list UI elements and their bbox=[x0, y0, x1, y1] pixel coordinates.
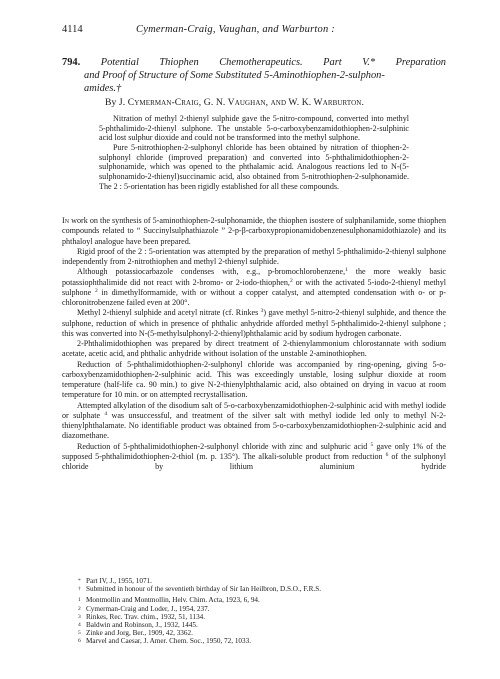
footnote-mark: † bbox=[78, 585, 86, 593]
footnote-mark: 5 bbox=[78, 629, 86, 637]
title-line-3: amides.† bbox=[62, 82, 446, 95]
body-paragraph: Methyl 2-thienyl sulphide and acetyl nit… bbox=[62, 308, 446, 339]
abstract: Nitration of methyl 2-thienyl sulphide g… bbox=[99, 114, 409, 191]
footnote: †Submitted in honour of the seventieth b… bbox=[78, 585, 438, 593]
footnote-mark: 3 bbox=[78, 613, 86, 621]
body-paragraph: In work on the synthesis of 5-aminothiop… bbox=[62, 216, 446, 247]
article-title: 794. Potential Thiophen Chemotherapeutic… bbox=[62, 56, 446, 95]
footnote-mark: 1 bbox=[78, 596, 86, 604]
footnote-text: Baldwin and Robinson, J., 1932, 1445. bbox=[86, 621, 198, 629]
body-paragraph: Reduction of 5-phthalimidothiophen-2-sul… bbox=[62, 442, 446, 473]
page-number: 4114 bbox=[62, 24, 83, 35]
footnote-mark: 2 bbox=[78, 605, 86, 613]
footnote: 4Baldwin and Robinson, J., 1932, 1445. bbox=[78, 621, 438, 629]
footnote-text: Montmollin and Montmollin, Helv. Chim. A… bbox=[86, 596, 260, 604]
body-paragraph: Attempted alkylation of the disodium sal… bbox=[62, 401, 446, 442]
footnote: 1Montmollin and Montmollin, Helv. Chim. … bbox=[78, 596, 438, 604]
authors: J. Cymerman-Craig, G. N. Vaughan, and W.… bbox=[119, 97, 364, 108]
paragraph-text: work on the synthesis of 5-aminothiophen… bbox=[62, 216, 446, 246]
article-number: 794. bbox=[62, 57, 80, 68]
paragraph-text: in dimethylformamide, with or without a … bbox=[62, 288, 446, 307]
body-paragraph: Although potassiocarbazole condenses wit… bbox=[62, 267, 446, 308]
footnote: 6Marvel and Caesar, J. Amer. Chem. Soc.,… bbox=[78, 637, 438, 645]
footnote: 2Cymerman-Craig and Loder, J., 1954, 237… bbox=[78, 605, 438, 613]
body-paragraph: Reduction of 5-phthalimidothiophen-2-sul… bbox=[62, 360, 446, 401]
byline: By J. Cymerman-Craig, G. N. Vaughan, and… bbox=[105, 97, 364, 108]
abstract-paragraph: Nitration of methyl 2-thienyl sulphide g… bbox=[99, 114, 409, 143]
footnote: 5Zinke and Jorg, Ber., 1909, 42, 3362. bbox=[78, 629, 438, 637]
footnote: *Part IV, J., 1955, 1071. bbox=[78, 577, 438, 585]
title-line-1: Potential Thiophen Chemotherapeutics. Pa… bbox=[101, 57, 446, 68]
footnotes: *Part IV, J., 1955, 1071. †Submitted in … bbox=[78, 577, 438, 646]
abstract-paragraph: Pure 5-nitrothiophen-2-sulphonyl chlorid… bbox=[99, 143, 409, 191]
footnote-mark: 4 bbox=[78, 621, 86, 629]
lead-word: In bbox=[62, 216, 69, 225]
footnote-mark: 6 bbox=[78, 637, 86, 645]
title-line-2: and Proof of Structure of Some Substitut… bbox=[62, 69, 446, 82]
footnote-text: Part IV, J., 1955, 1071. bbox=[86, 577, 152, 585]
footnote-text: Marvel and Caesar, J. Amer. Chem. Soc., … bbox=[86, 637, 251, 645]
body-paragraph: 2-Phthalimidothiophen was prepared by di… bbox=[62, 339, 446, 360]
footnote-text: Submitted in honour of the seventieth bi… bbox=[86, 585, 321, 593]
body-paragraph: Rigid proof of the 2 : 5-orientation was… bbox=[62, 247, 446, 268]
footnote: 3Rinkes, Rec. Trav. chim., 1932, 51, 113… bbox=[78, 613, 438, 621]
footnote-text: Cymerman-Craig and Loder, J., 1954, 237. bbox=[86, 605, 209, 613]
paragraph-text: Reduction of 5-phthalimidothiophen-2-sul… bbox=[77, 442, 370, 451]
byline-by: By bbox=[105, 97, 116, 108]
footnote-mark: * bbox=[78, 577, 86, 585]
running-head: Cymerman-Craig, Vaughan, and Warburton : bbox=[136, 24, 335, 35]
paragraph-text: Although potassiocarbazole condenses wit… bbox=[77, 267, 345, 276]
paragraph-text: Methyl 2-thienyl sulphide and acetyl nit… bbox=[77, 308, 261, 317]
article-body: In work on the synthesis of 5-aminothiop… bbox=[62, 216, 446, 472]
footnote-text: Zinke and Jorg, Ber., 1909, 42, 3362. bbox=[86, 629, 193, 637]
paragraph-text: was unsuccessful, and treatment of the s… bbox=[62, 411, 446, 441]
footnote-text: Rinkes, Rec. Trav. chim., 1932, 51, 1134… bbox=[86, 613, 205, 621]
